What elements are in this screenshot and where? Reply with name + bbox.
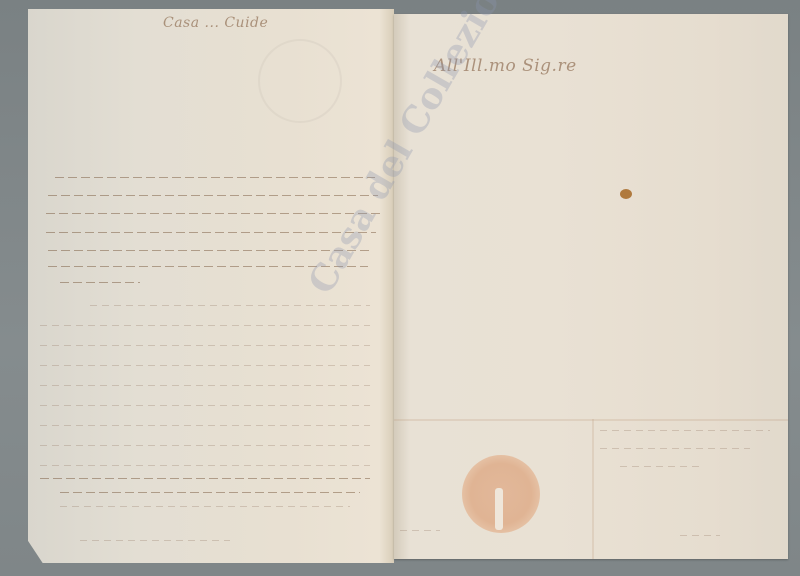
fold-line-horizontal: [394, 419, 788, 421]
ink-stain: [620, 189, 632, 199]
seal-slit: [495, 488, 503, 530]
ghost-seal-impression: [258, 39, 342, 123]
left-header-text: Casa ... Cuide: [163, 15, 268, 31]
fold-line-vertical: [592, 419, 594, 559]
